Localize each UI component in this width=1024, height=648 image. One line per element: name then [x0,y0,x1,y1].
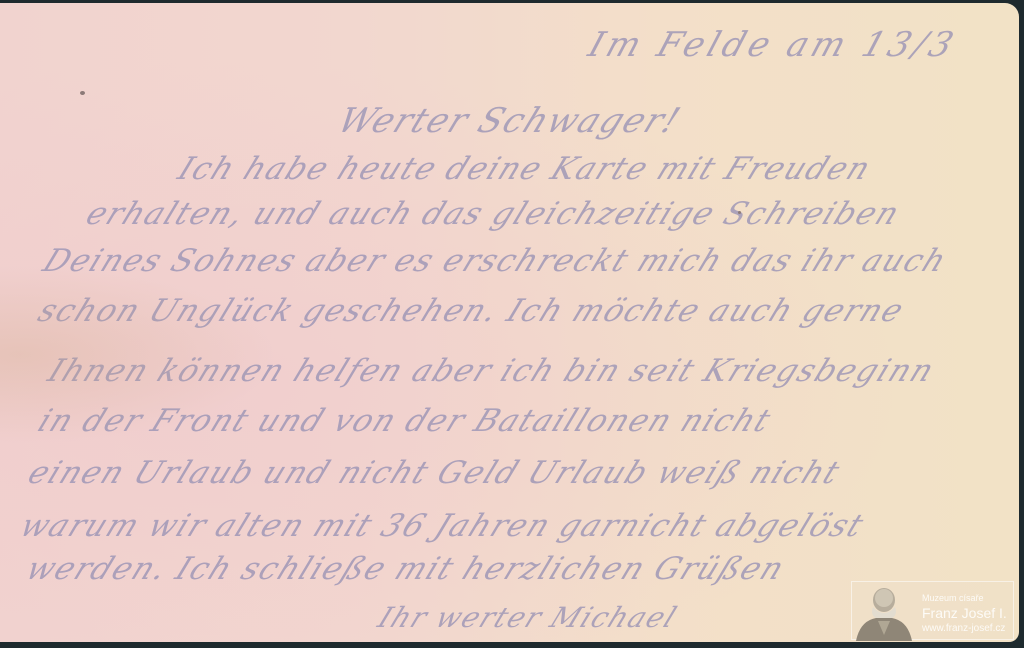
letter-line: Ich habe heute deine Karte mit Freuden [173,151,877,187]
letter-line: Ihnen können helfen aber ich bin seit Kr… [43,353,941,389]
letter-line: einen Urlaub und nicht Geld Urlaub weiß … [23,455,846,491]
watermark-url: www.franz-josef.cz [922,623,1005,634]
postcard: Im Felde am 13/3 Werter Schwager! Ich ha… [0,3,1019,642]
salutation: Werter Schwager! [332,101,687,141]
letter-line: schon Unglück geschehen. Ich möchte auch… [33,293,910,329]
museum-watermark: Muzeum císaře Franz Josef I. www.franz-j… [851,581,1014,640]
header-date: Im Felde am 13/3 [584,25,963,65]
emperor-portrait-icon [854,585,912,641]
letter-line: Deines Sohnes aber es erschreckt mich da… [38,243,953,279]
letter-line: warum wir alten mit 36 Jahren garnicht a… [15,508,870,544]
signature: Ihr werter Michael [373,601,682,634]
watermark-line1: Muzeum císaře [922,593,984,603]
paper-speck [80,91,85,95]
watermark-line2: Franz Josef I. [922,605,1007,621]
letter-line: in der Front und von der Bataillonen nic… [33,403,777,439]
paper-speck [738,211,741,214]
letter-line: werden. Ich schließe mit herzlichen Grüß… [21,551,791,587]
letter-line: erhalten, und auch das gleichzeitige Sch… [81,196,906,232]
